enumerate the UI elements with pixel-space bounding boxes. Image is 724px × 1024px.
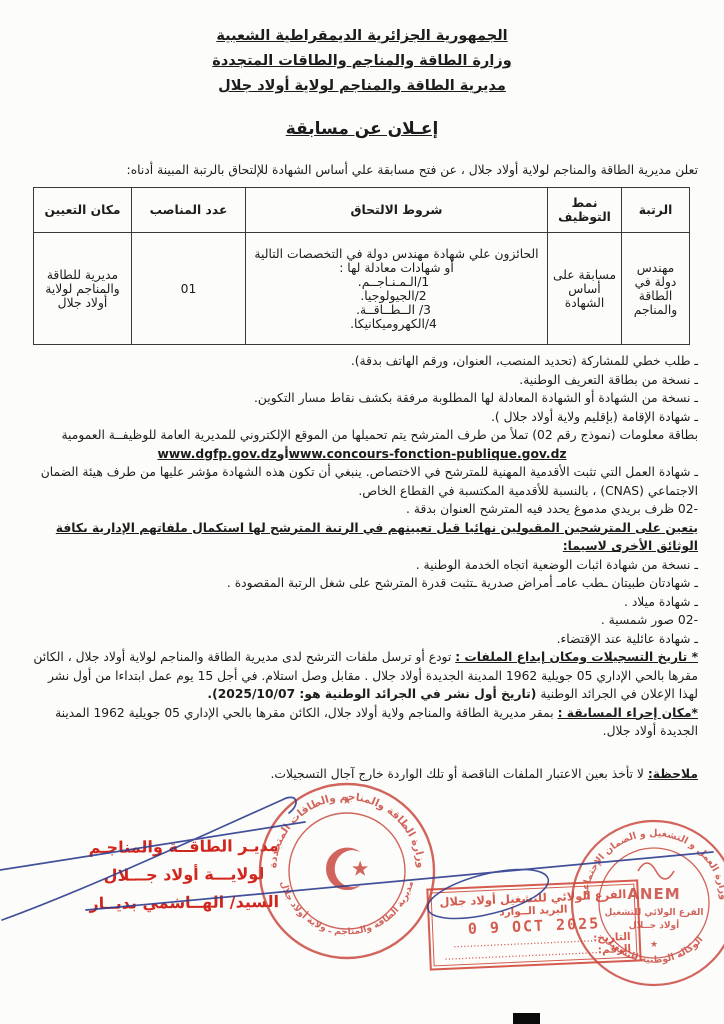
specialty-item: 3/ الــطــاقــة. (250, 303, 543, 317)
col-positions: عدد المناصب (132, 188, 246, 233)
concours-link[interactable]: www.concours-fonction-publique.gov.dz (289, 447, 567, 461)
final-doc-item: -02 صور شمسية . (26, 611, 698, 630)
final-docs-heading: يتعين على المترشحين المقبولين نهائيا قبل… (26, 519, 698, 556)
col-mode: نمط التوظيف (548, 188, 622, 233)
doc-item: ـ نسخة من الشهادة أو الشهادة المعادلة له… (26, 389, 698, 408)
cell-mode: مسابقة على أساس الشهادة (548, 233, 622, 345)
specialty-item: 2/الجيولوجيا. (250, 289, 543, 303)
doc-item: بطاقة معلومات (نموذج رقم 02) تملأ من طرف… (26, 426, 698, 445)
directorate-line: مديرية الطاقة والمناجم لولاية أولاد جلال (0, 74, 724, 99)
date-stamp: الفرع الولائي للتشغيل أولاد جلال البريد … (426, 879, 641, 970)
work-certificate-paragraph: ـ شهادة العمل التي تثبت الأقدمية المهنية… (26, 463, 698, 500)
body-content: ـ طلب خطي للمشاركة (تحديد المنصب، العنوا… (26, 352, 698, 783)
registration-date-note: (تاريخ أول نشر في الجرائد الوطنية هو: 20… (207, 687, 536, 701)
note-label: ملاحظة: (648, 767, 698, 781)
page-title: إعـلان عن مسابقة (0, 119, 724, 139)
competition-table: الرتبة نمط التوظيف شروط الالتحاق عدد الم… (33, 187, 690, 345)
table-header-row: الرتبة نمط التوظيف شروط الالتحاق عدد الم… (34, 188, 690, 233)
registration-label: * تاريخ التسجيلات ومكان إيداع الملفات : (455, 650, 698, 664)
specialty-item: 4/الكهروميكانيكا. (250, 317, 543, 331)
ministry-line: وزارة الطاقة والمناجم والطاقات المتجددة (0, 49, 724, 74)
envelopes-line: -02 ظرف بريدي مدموغ يحدد فيه المترشح الع… (26, 500, 698, 519)
ministry-stamp-star-icon: ★ (342, 794, 352, 807)
doc-item: ـ شهادة الإقامة (بإقليم ولاية أولاد جلال… (26, 408, 698, 427)
official-links: www.dgfp.gov.dz‎أو‎www.concours-fonction… (26, 445, 698, 464)
intro-paragraph: تعلن مديرية الطاقة والمناجم لولاية أولاد… (26, 163, 698, 177)
venue-paragraph: *مكان إجراء المسابقة : بمقر مديرية الطاق… (26, 704, 698, 741)
republic-line: الجمهورية الجزائرية الديمقراطية الشعبية (0, 24, 724, 49)
venue-label: *مكان إجراء المسابقة : (558, 706, 698, 720)
letterhead: الجمهورية الجزائرية الديمقراطية الشعبية … (0, 0, 724, 99)
crescent-star-icon: ☪ (321, 836, 373, 904)
doc-item: ـ نسخة من بطاقة التعريف الوطنية. (26, 371, 698, 390)
final-doc-item: ـ نسخة من شهادة اثبات الوضعية اتجاه الخد… (26, 556, 698, 575)
col-conditions: شروط الالتحاق (246, 188, 548, 233)
date-stamp-inner: الفرع الولائي للتشغيل أولاد جلال البريد … (430, 884, 637, 967)
cell-rank: مهندس دولة في الطاقة والمناجم (622, 233, 690, 345)
conditions-intro: الحائزون علي شهادة مهندس دولة في التخصصا… (250, 247, 543, 275)
col-location: مكان التعيين (34, 188, 132, 233)
cell-location: مديرية للطاقة والمناجم لولاية أولاد جلال (34, 233, 132, 345)
final-doc-item: ـ شهادة عائلية عند الإقتضاء. (26, 630, 698, 649)
cell-positions: 01 (132, 233, 246, 345)
number-label: الرقم: (598, 943, 632, 956)
link-separator: أو (277, 447, 289, 461)
ministry-round-stamp-icon: وزارة الطاقة والمناجم والطاقات المتجددة … (254, 778, 440, 964)
final-doc-item: ـ شهادتان طبيتان ـطب عامـ أمراض صدرية ـت… (26, 574, 698, 593)
scan-artifact-mark (513, 1013, 540, 1024)
dgfp-link[interactable]: www.dgfp.gov.dz (157, 447, 276, 461)
registration-paragraph: * تاريخ التسجيلات ومكان إيداع الملفات : … (26, 648, 698, 704)
scanned-announcement-page: الجمهورية الجزائرية الديمقراطية الشعبية … (0, 0, 724, 1024)
table-row: مهندس دولة في الطاقة والمناجم مسابقة على… (34, 233, 690, 345)
anem-stamp-star-icon: ★ (650, 940, 658, 950)
specialty-item: 1/الـمـنـاجــم. (250, 275, 543, 289)
doc-item: ـ طلب خطي للمشاركة (تحديد المنصب، العنوا… (26, 352, 698, 371)
final-doc-item: ـ شهادة ميلاد . (26, 593, 698, 612)
cell-conditions: الحائزون علي شهادة مهندس دولة في التخصصا… (246, 233, 548, 345)
col-rank: الرتبة (622, 188, 690, 233)
